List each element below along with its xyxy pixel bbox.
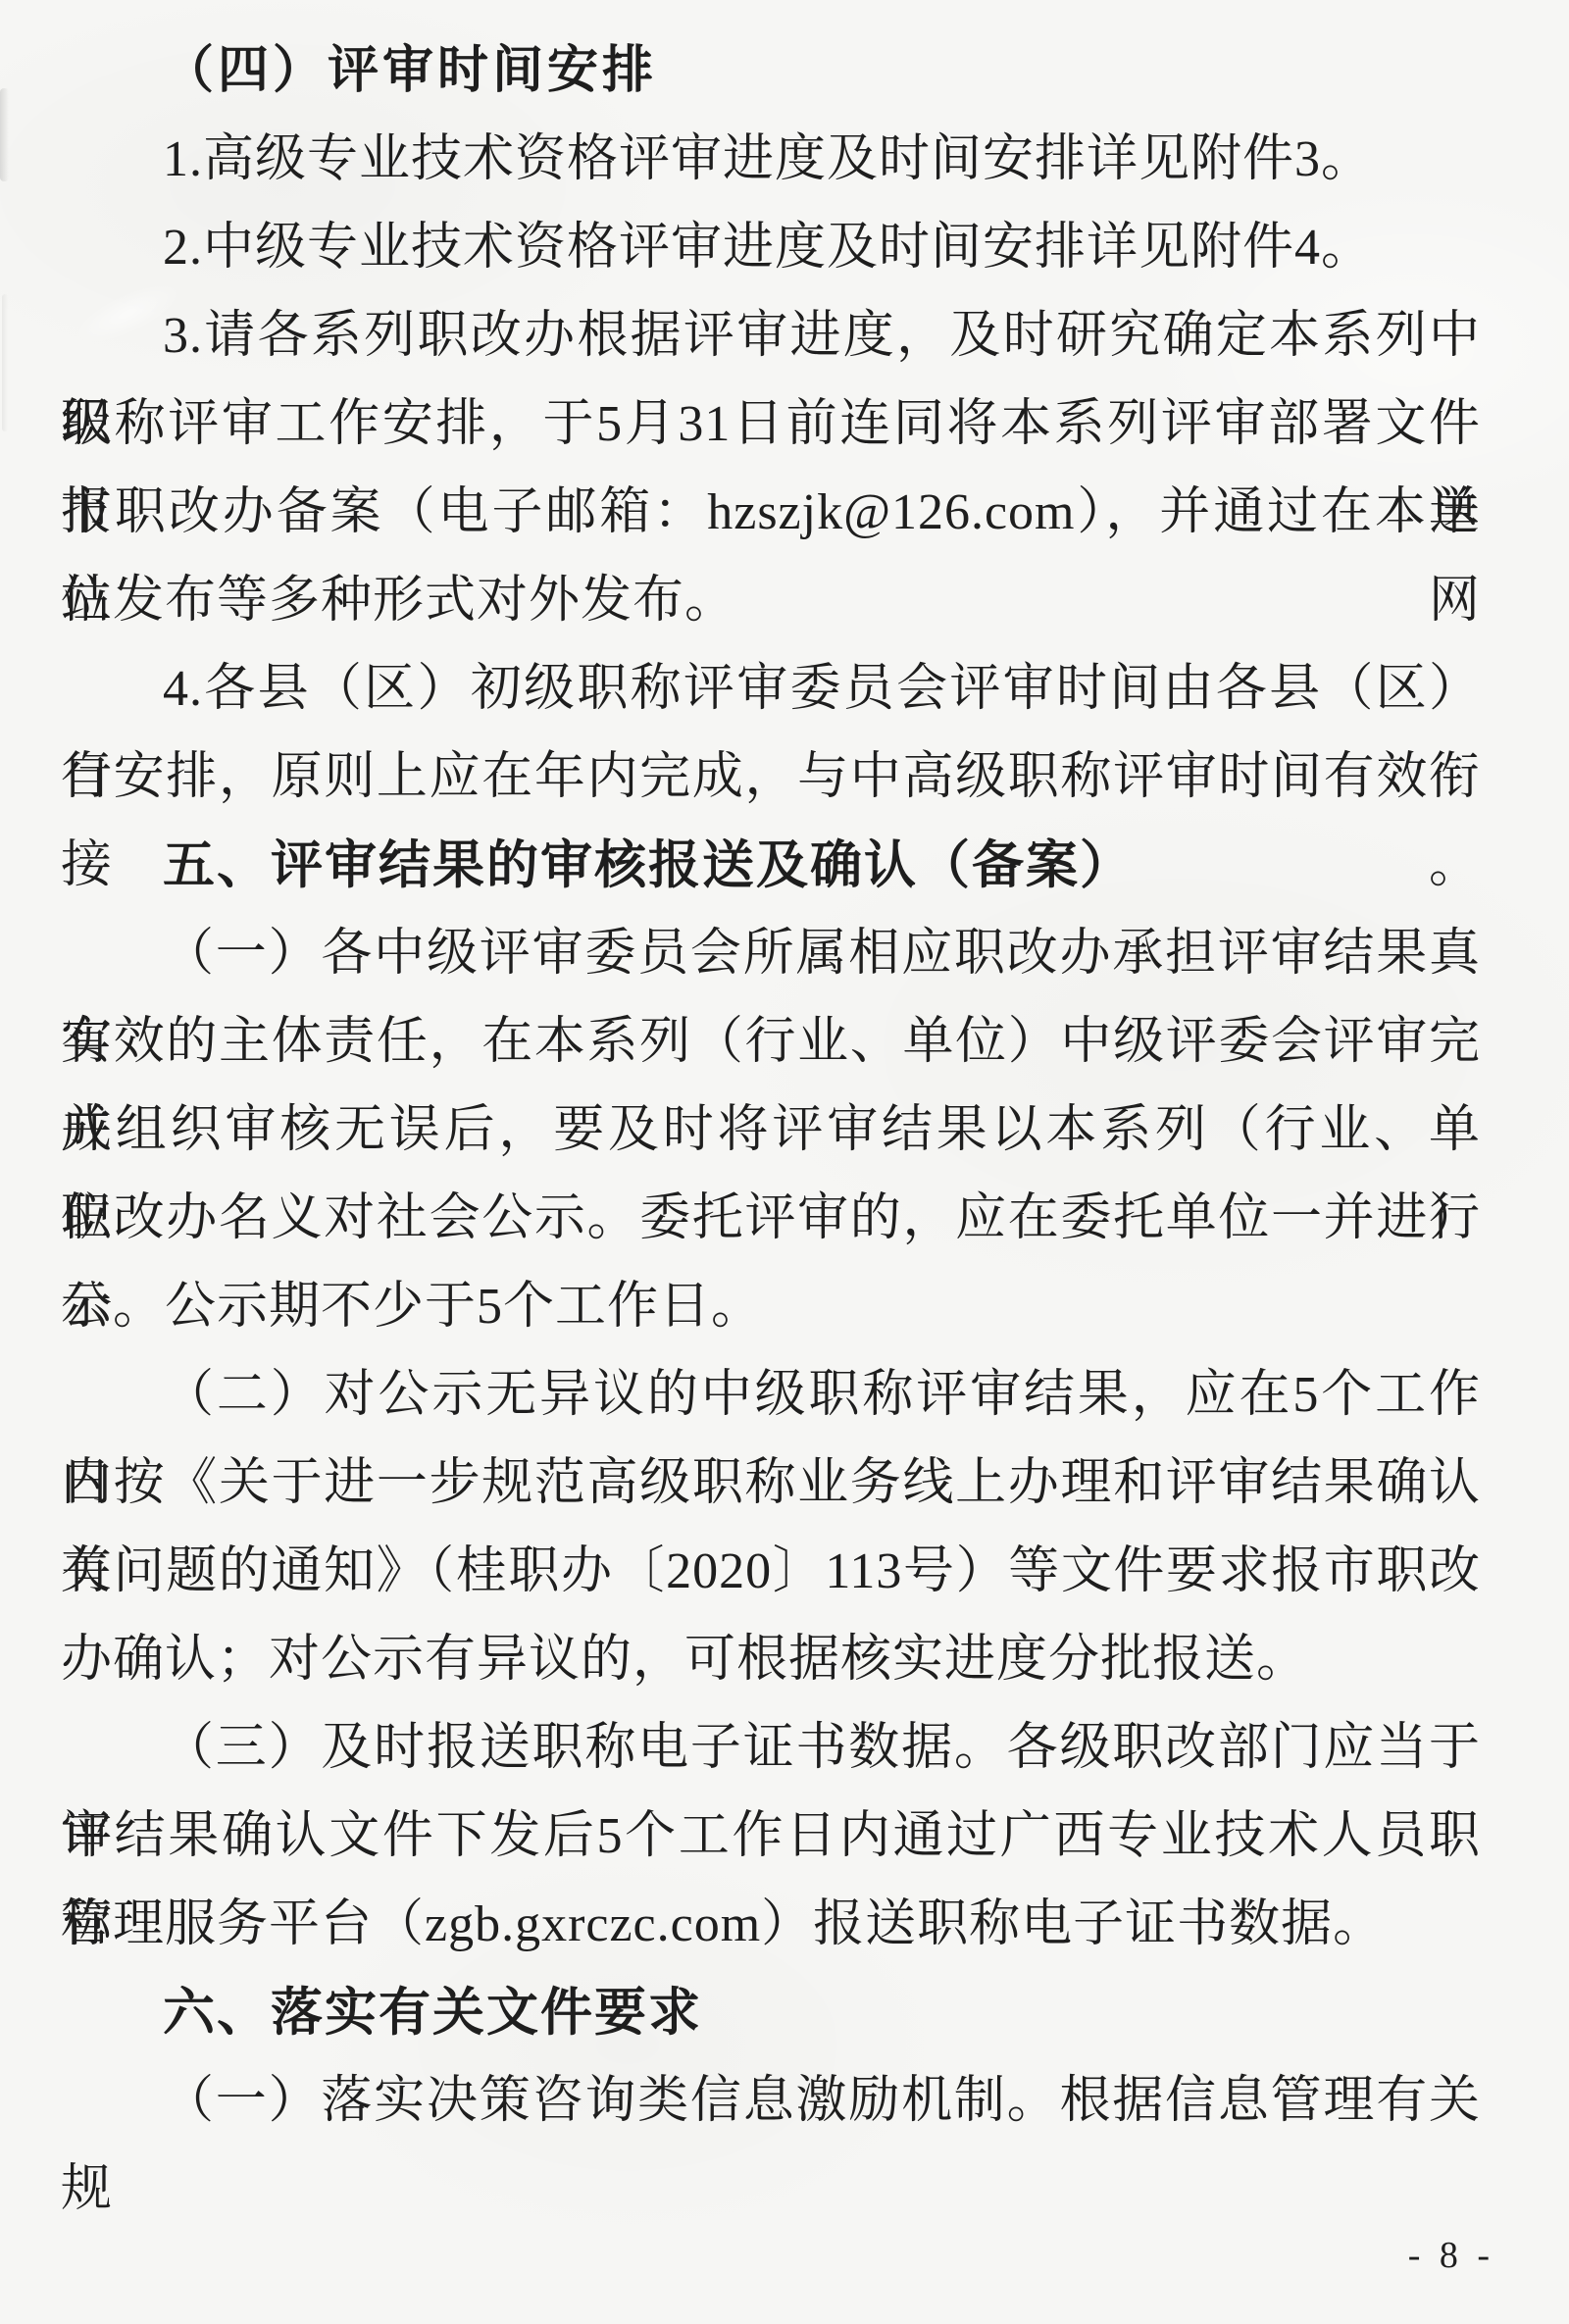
para-5-1-line-1: （一）各中级评审委员会所属相应职改办承担评审结果真实 bbox=[61, 910, 1481, 998]
para-5-1-line-5: 示。公示期不少于5个工作日。 bbox=[61, 1263, 1481, 1351]
para-5-3-line-2: 审结果确认文件下发后5个工作日内通过广西专业技术人员职称 bbox=[61, 1793, 1481, 1881]
para-2-intermediate-schedule: 2.中级专业技术资格评审进度及时间安排详见附件4。 bbox=[61, 204, 1481, 292]
scan-smudge bbox=[0, 88, 9, 181]
para-5-1-line-4: 职改办名义对社会公示。委托评审的，应在委托单位一并进行公 bbox=[61, 1175, 1481, 1263]
para-6-1-line-1: （一）落实决策咨询类信息激励机制。根据信息管理有关规 bbox=[61, 2057, 1481, 2146]
page-number: - 8 - bbox=[1408, 2234, 1494, 2277]
para-5-2-line-3-doc-number: 关问题的通知》（桂职办〔2020〕113号）等文件要求报市职改 bbox=[61, 1528, 1481, 1616]
para-5-2-line-4: 办确认；对公示有异议的，可根据核实进度分批报送。 bbox=[61, 1616, 1481, 1704]
scan-smudge bbox=[2, 294, 8, 431]
para-3-line-2: 职称评审工作安排，于5月31日前连同将本系列评审部署文件报送 bbox=[61, 380, 1481, 469]
scanned-document-page: （四）评审时间安排 1.高级专业技术资格评审进度及时间安排详见附件3。 2.中级… bbox=[0, 0, 1569, 2324]
document-body: （四）评审时间安排 1.高级专业技术资格评审进度及时间安排详见附件3。 2.中级… bbox=[61, 27, 1481, 2146]
para-5-1-line-3: 并组织审核无误后，要及时将评审结果以本系列（行业、单位） bbox=[61, 1086, 1481, 1175]
para-4-line-1: 4.各县（区）初级职称评审委员会评审时间由各县（区）自 bbox=[61, 645, 1481, 733]
para-5-2-line-2: 内按《关于进一步规范高级职称业务线上办理和评审结果确认有 bbox=[61, 1440, 1481, 1528]
para-3-line-1: 3.请各系列职改办根据评审进度，及时研究确定本系列中级 bbox=[61, 292, 1481, 380]
para-4-line-2: 行安排，原则上应在年内完成，与中高级职称评审时间有效衔接。 bbox=[61, 733, 1481, 822]
para-5-1-line-2: 有效的主体责任，在本系列（行业、单位）中级评委会评审完成 bbox=[61, 998, 1481, 1086]
subheading-4-review-schedule: （四）评审时间安排 bbox=[61, 27, 1481, 116]
para-1-senior-schedule: 1.高级专业技术资格评审进度及时间安排详见附件3。 bbox=[61, 116, 1481, 204]
para-5-3-line-3-platform-url: 管理服务平台（zgb.gxrczc.com）报送职称电子证书数据。 bbox=[61, 1881, 1481, 1969]
para-5-2-line-1: （二）对公示无异议的中级职称评审结果，应在5个工作日 bbox=[61, 1351, 1481, 1440]
para-3-line-3-email: 市职改办备案（电子邮箱：hzszjk@126.com），并通过在本单位网 bbox=[61, 469, 1481, 557]
heading-6-implement-requirements: 六、落实有关文件要求 bbox=[61, 1969, 1481, 2057]
para-5-3-line-1: （三）及时报送职称电子证书数据。各级职改部门应当于评 bbox=[61, 1704, 1481, 1793]
